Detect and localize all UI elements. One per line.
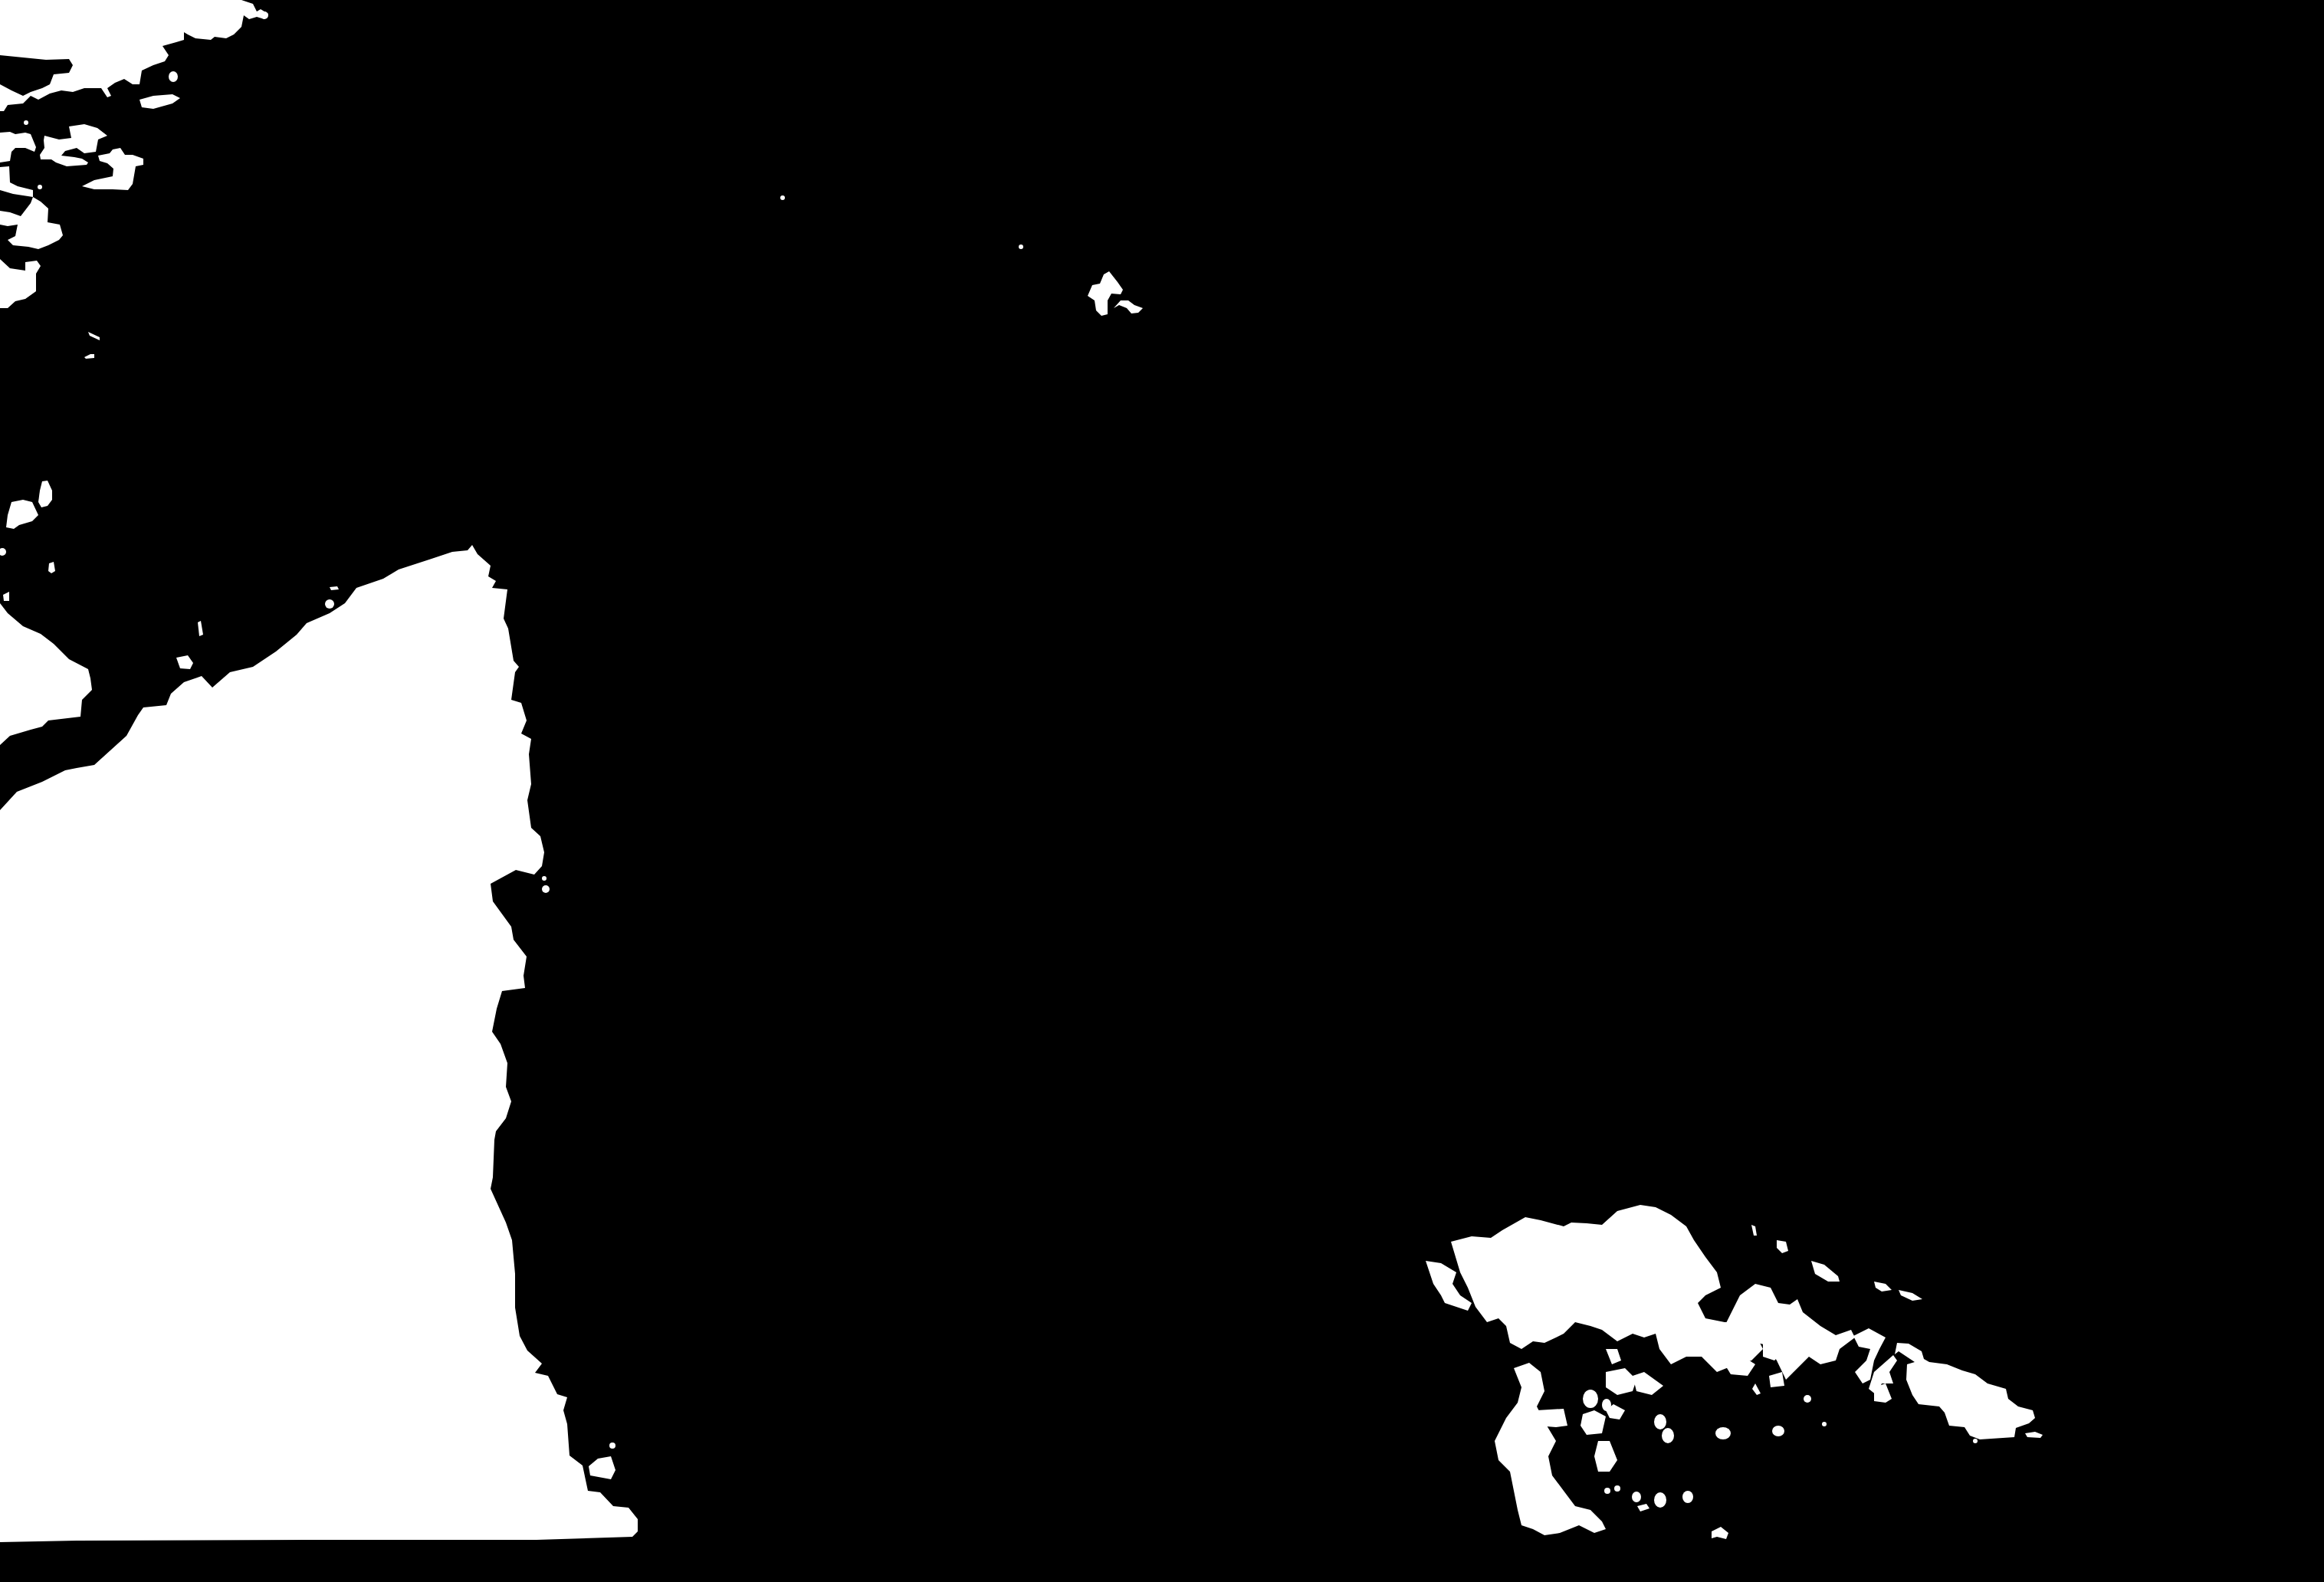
segmentation-mask (0, 0, 2324, 1582)
